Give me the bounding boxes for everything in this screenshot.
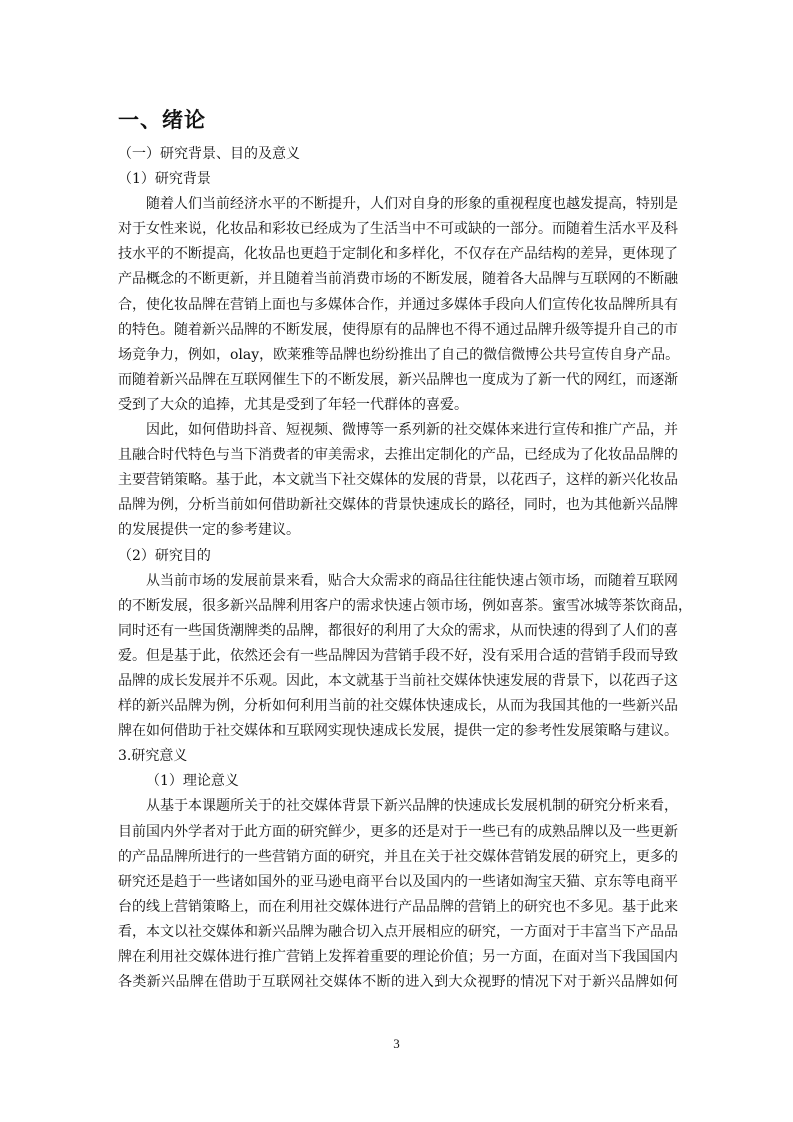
paragraph-purpose: 从当前市场的发展前景来看，贴合大众需求的商品往往能快速占领市场，而随着互联网 的… bbox=[118, 569, 678, 745]
text-line: 受到了大众的追捧，尤其是受到了年轻一代群体的喜爱。 bbox=[118, 393, 678, 418]
text-line: 场竞争力，例如，olay，欧莱雅等品牌也纷纷推出了自己的微信微博公共号宣传自身产… bbox=[118, 343, 678, 368]
text-line: 随着人们当前经济水平的不断提升，人们对自身的形象的重视程度也越发提高，特别是 bbox=[118, 192, 678, 217]
paragraph-background-2: 因此，如何借助抖音、短视频、微博等一系列新的社交媒体来进行宣传和推广产品，并 且… bbox=[118, 418, 678, 543]
page-number: 3 bbox=[0, 1036, 793, 1052]
text-line: 目前国内外学者对于此方面的研究鲜少，更多的还是对于一些已有的成熟品牌以及一些更新 bbox=[118, 820, 678, 845]
text-line: 牌在如何借助于社交媒体和互联网实现快速成长发展，提供一定的参考性发展策略与建议。 bbox=[118, 719, 678, 744]
subsection-title-theory: （1）理论意义 bbox=[118, 769, 678, 794]
text-line: 台的线上营销策略上，而在利用社交媒体进行产品品牌的营销上的研究也不多见。基于此来 bbox=[118, 895, 678, 920]
chapter-title: 一、绪论 bbox=[118, 104, 206, 134]
text-line: 看，本文以社交媒体和新兴品牌为融合切入点开展相应的研究，一方面对于丰富当下产品品 bbox=[118, 920, 678, 945]
text-line: 因此，如何借助抖音、短视频、微博等一系列新的社交媒体来进行宣传和推广产品，并 bbox=[118, 418, 678, 443]
text-line: 合，使化妆品牌在营销上面也与多媒体合作，并通过多媒体手段向人们宣传化妆品牌所具有 bbox=[118, 293, 678, 318]
text-line: 的特色。随着新兴品牌的不断发展，使得原有的品牌也不得不通过品牌升级等提升自己的市 bbox=[118, 318, 678, 343]
text-line: 从基于本课题所关于的社交媒体背景下新兴品牌的快速成长发展机制的研究分析来看， bbox=[118, 794, 678, 819]
text-line: 的产品品牌所进行的一些营销方面的研究，并且在关于社交媒体营销发展的研究上，更多的 bbox=[118, 845, 678, 870]
text-line: 产品概念的不断更新，并且随着当前消费市场的不断发展，随着各大品牌与互联网的不断融 bbox=[118, 267, 678, 292]
text-line: 牌在利用社交媒体进行推广营销上发挥着重要的理论价值；另一方面，在面对当下我国国内 bbox=[118, 945, 678, 970]
paragraph-background-1: 随着人们当前经济水平的不断提升，人们对自身的形象的重视程度也越发提高，特别是 对… bbox=[118, 192, 678, 418]
text-line: 技水平的不断提高，化妆品也更趋于定制化和多样化，不仅存在产品结构的差异，更体现了 bbox=[118, 242, 678, 267]
subsection-title-purpose: （2）研究目的 bbox=[118, 544, 678, 569]
text-line: 研究还是趋于一些诸如国外的亚马逊电商平台以及国内的一些诸如淘宝天猫、京东等电商平 bbox=[118, 870, 678, 895]
text-line: 且融合时代特色与当下消费者的审美需求，去推出定制化的产品，已经成为了化妆品品牌的 bbox=[118, 443, 678, 468]
document-page: 一、绪论 （一）研究背景、目的及意义 （1）研究背景 随着人们当前经济水平的不断… bbox=[0, 0, 793, 1122]
text-line: 的发展提供一定的参考建议。 bbox=[118, 518, 678, 543]
text-line: 主要营销策略。基于此，本文就当下社交媒体的发展的背景，以花西子，这样的新兴化妆品 bbox=[118, 468, 678, 493]
text-line: 品牌为例，分析当前如何借助新社交媒体的背景快速成长的路径，同时，也为其他新兴品牌 bbox=[118, 493, 678, 518]
section-title: （一）研究背景、目的及意义 bbox=[118, 142, 678, 167]
body-text: （一）研究背景、目的及意义 （1）研究背景 随着人们当前经济水平的不断提升，人们… bbox=[118, 142, 678, 995]
section-title-significance: 3.研究意义 bbox=[118, 744, 678, 769]
text-line: 各类新兴品牌在借助于互联网社交媒体不断的进入到大众视野的情况下对于新兴品牌如何 bbox=[118, 970, 678, 995]
text-line: 爱。但是基于此，依然还会有一些品牌因为营销手段不好，没有采用合适的营销手段而导致 bbox=[118, 644, 678, 669]
subsection-title-background: （1）研究背景 bbox=[118, 167, 678, 192]
text-line: 同时还有一些国货潮牌类的品牌，都很好的利用了大众的需求，从而快速的得到了人们的喜 bbox=[118, 619, 678, 644]
text-line: 从当前市场的发展前景来看，贴合大众需求的商品往往能快速占领市场，而随着互联网 bbox=[118, 569, 678, 594]
text-line: 样的新兴品牌为例，分析如何利用当前的社交媒体快速成长，从而为我国其他的一些新兴品 bbox=[118, 694, 678, 719]
text-line: 对于女性来说，化妆品和彩妆已经成为了生活当中不可或缺的一部分。而随着生活水平及科 bbox=[118, 217, 678, 242]
text-line: 而随着新兴品牌在互联网催生下的不断发展，新兴品牌也一度成为了新一代的网红，而逐渐 bbox=[118, 368, 678, 393]
paragraph-theory: 从基于本课题所关于的社交媒体背景下新兴品牌的快速成长发展机制的研究分析来看， 目… bbox=[118, 794, 678, 995]
text-line: 的不断发展，很多新兴品牌利用客户的需求快速占领市场，例如喜茶。蜜雪冰城等茶饮商品… bbox=[118, 594, 678, 619]
text-line: 品牌的成长发展并不乐观。因此，本文就基于当前社交媒体快速发展的背景下，以花西子这 bbox=[118, 669, 678, 694]
